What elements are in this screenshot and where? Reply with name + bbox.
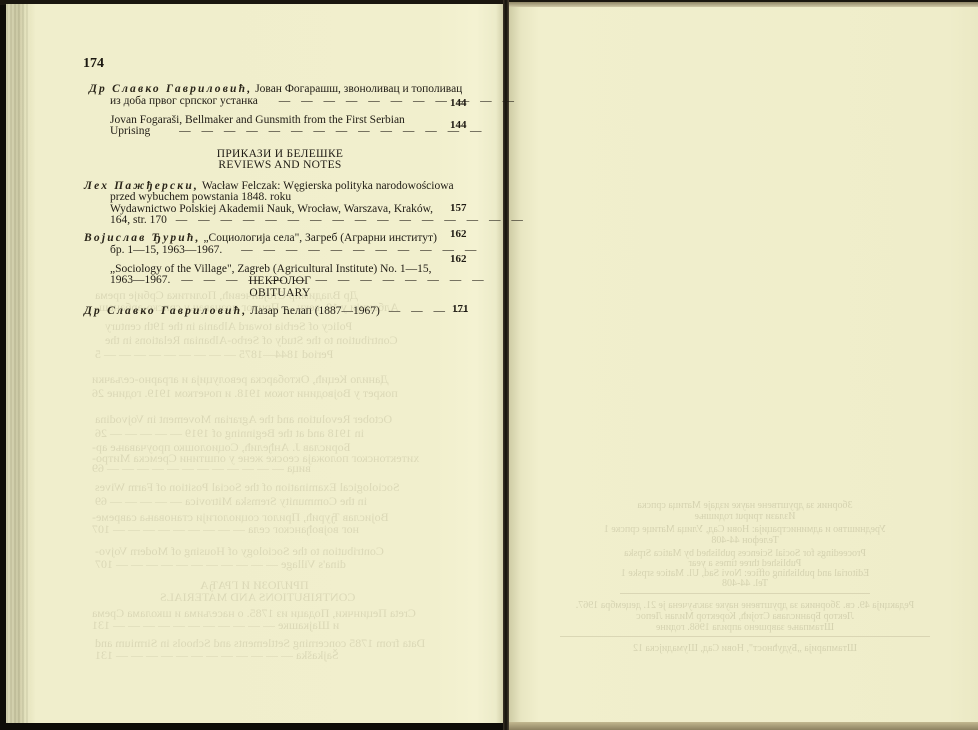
show-through-line: Šajkaška — — — — — — — — — — — — 131 (95, 648, 339, 662)
page-number: 174 (83, 56, 104, 72)
entry-title: бр. 1—15, 1963—1967. (110, 244, 222, 256)
show-through-line: Tel. 44-408 (560, 578, 930, 590)
left-page-fore-edge (6, 4, 30, 723)
dash-leader: — — — — — — — — — — — (279, 95, 518, 107)
entry-title: przed wybuchem powstania 1848. roku (110, 191, 291, 203)
show-through-line: и Шајкашке — — — — — — — — — — — 131 (92, 618, 339, 632)
show-through-line: Излази триput годишње (560, 511, 930, 523)
show-through-line: dina's Village — — — — — — — — — — — 107 (95, 557, 346, 571)
toc-entry: Војислав Ђурић, „Социологија села", Загр… (84, 232, 437, 244)
entry-title-line: Uprising — — — — — — — — — — — — — — (110, 125, 486, 137)
show-through-line: Contribution to the Sociology of Housing… (95, 544, 384, 558)
show-through-line: Штампање завршено априла 1968. године (560, 622, 930, 634)
show-through-line: вица — — — — — — — — — — — — 69 (92, 461, 311, 475)
entry-title-line: бр. 1—15, 1963—1967. — — — — — — — — — —… (110, 244, 480, 256)
dash-leader: — — — — — — — — — — — — — — (179, 125, 485, 137)
section-heading-sr: НЕКРОЛОГ (110, 275, 450, 287)
show-through-line: in 1918 and at the Beginning of 1919 — —… (95, 426, 364, 440)
entry-author: Др Славко Гавриловић, (84, 305, 247, 317)
section-heading-en: REVIEWS AND NOTES (110, 159, 450, 171)
show-through-line: Штампарија „Будућност", Нови Сад, Шумади… (560, 643, 930, 655)
show-through-rule (620, 593, 870, 594)
entry-title: Лазар Ћелап (1887—1967) (250, 305, 380, 317)
entry-title: из доба првог српског устанка (110, 95, 258, 107)
show-through-line: October Revolution and the Agrarian Move… (95, 412, 392, 426)
entry-author: Војислав Ђурић, (84, 232, 201, 244)
show-through-line: Policy of Serbia toward Albania in the 1… (105, 319, 352, 333)
entry-page-number: 157 (450, 202, 467, 214)
show-through-line: покрет у Војводини током 1918. и почетко… (92, 386, 398, 400)
entry-page-number: 171 (452, 303, 469, 315)
show-through-line: Телефон 44-408 (560, 535, 930, 547)
show-through-line: in the Community Sremska Mitrovica — — —… (95, 494, 367, 508)
show-through-heading: CONTRIBUTIONS AND MATERIALS (160, 590, 355, 604)
entry-page-number: 144 (450, 119, 467, 131)
entry-title: Јован Фогарашш, звоноливац и тополивац (255, 83, 462, 95)
right-page-top-edge (509, 2, 978, 7)
dash-leader: — — — — — — — — — — — — — — — — (176, 214, 527, 226)
dash-leader: — — — — — — — — — — — (241, 244, 480, 256)
entry-page-number: 144 (450, 97, 467, 109)
show-through-line: Period 1844—1875 — — — — — — — — — 5 (95, 347, 333, 361)
show-through-line: Contribution to the Study of Serbo-Alban… (105, 333, 398, 347)
toc-entry: Др Славко Гавриловић, Лазар Ћелап (1887—… (84, 305, 471, 317)
toc-entry: Др Славко Гавриловић, Јован Фогарашш, зв… (89, 83, 462, 95)
entry-page-number: 162 (450, 228, 467, 240)
show-through-line: Данило Кецић, Октобарска револуција и аг… (92, 372, 389, 386)
section-heading-en: OBITUARY (110, 287, 450, 299)
show-through-line: ног војвођанског села — — — — — — — — — … (92, 522, 359, 536)
entry-title: „Социологија села", Загреб (Аграрни инст… (203, 232, 436, 244)
entry-page-number: 162 (450, 253, 467, 265)
show-through-rule (560, 636, 930, 637)
entry-title-line: 164, str. 170 — — — — — — — — — — — — — … (110, 214, 527, 226)
show-through-line: Sociological Examination of the Social P… (95, 480, 400, 494)
book-spread: Др Владимир Стојанчевић, Политика Србије… (0, 0, 978, 730)
right-page-bottom-edge (509, 722, 978, 730)
entry-title: 164, str. 170 (110, 214, 167, 226)
entry-author: Др Славко Гавриловић, (89, 83, 252, 95)
entry-title: Uprising (110, 125, 150, 137)
